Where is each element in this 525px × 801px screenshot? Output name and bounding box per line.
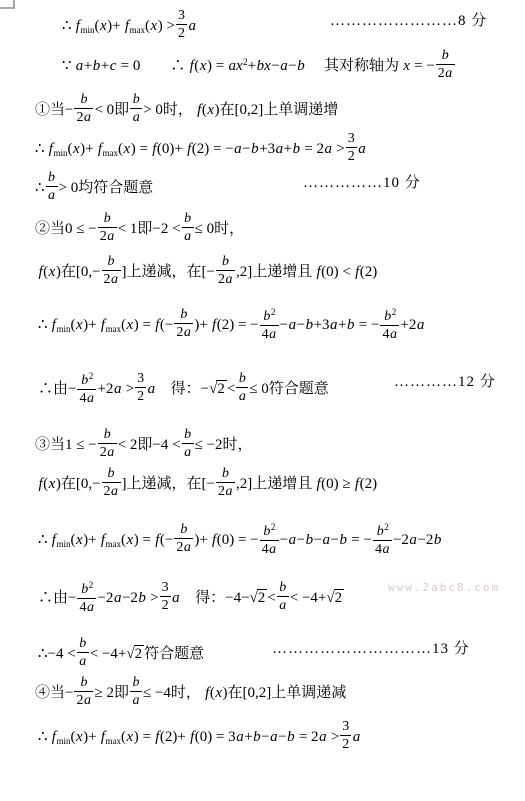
fraction: b2a [436, 48, 455, 81]
fraction: b24a [77, 578, 96, 615]
selection-corner-artifact [0, 0, 15, 9]
fraction: ba [236, 371, 248, 404]
math-line-12: ∴ fmin(x)+ fmax(x) = f(−b2a)+ f(0) = −b2… [38, 522, 442, 559]
fraction: b24a [77, 369, 96, 406]
math-line-3: ①当−b2a< 0即ba> 0时， f(x)在[0,2]上单调递增 [35, 94, 338, 127]
fraction: b2a [98, 427, 117, 460]
fraction: b24a [260, 520, 279, 557]
square-root: √2 [126, 646, 144, 662]
fraction: 32 [176, 8, 187, 41]
square-root: √2 [250, 590, 268, 606]
fraction: b2a [74, 675, 93, 708]
fraction: ba [182, 427, 194, 460]
math-line-9: ∴由−b24a+2a >32a 得：−√2<ba≤ 0符合题意…………12 分 [38, 371, 329, 408]
math-line-15: ④当−b2a≥ 2即ba≤ −4时， f(x)在[0,2]上单调递减 [35, 677, 346, 710]
math-line-16: ∴ fmin(x)+ fmax(x) = f(2)+ f(0) = 3a+b−a… [38, 721, 361, 754]
math-line-7: f(x)在[0,−b2a]上递减，在[−b2a,2]上递增且 f(0) < f(… [38, 256, 377, 289]
fraction: ba [46, 170, 58, 203]
document-page: www.2abc8.com ∴ fmin(x)+ fmax(x) >32a………… [0, 0, 525, 801]
fraction: b2a [216, 254, 235, 287]
fraction: b24a [373, 520, 392, 557]
score-marker: …………………………13 分 [272, 638, 470, 660]
math-line-10: ③当1 ≤ −b2a< 2即−4 <ba≤ −2时， [35, 429, 253, 462]
watermark: www.2abc8.com [388, 581, 500, 594]
fraction: b24a [380, 305, 399, 342]
fraction: ba [182, 211, 194, 244]
fraction: b24a [260, 305, 279, 342]
math-line-4: ∴ fmin(x)+ fmax(x) = f(0)+ f(2) = −a−b+3… [35, 133, 366, 166]
math-line-2: ∵ a+b+c = 0 ∴ f(x) = ax2+bx−a−b 其对称轴为 x … [62, 50, 456, 83]
fraction: ba [130, 92, 142, 125]
fraction: ba [277, 580, 289, 613]
math-line-6: ②当0 ≤ −b2a< 1即−2 <ba≤ 0时， [35, 213, 244, 246]
math-line-5: ∴ba> 0均符合题意……………10 分 [35, 172, 153, 205]
fraction: 32 [340, 719, 351, 752]
fraction: ba [77, 636, 89, 669]
fraction: ba [130, 675, 142, 708]
math-line-14: ∴−4 <ba< −4+√2符合题意…………………………13 分 [38, 638, 204, 671]
math-line-8: ∴ fmin(x)+ fmax(x) = f(−b2a)+ f(2) = −b2… [38, 307, 425, 344]
fraction: 32 [346, 131, 357, 164]
score-marker: ……………10 分 [303, 172, 421, 194]
fraction: b2a [98, 211, 117, 244]
fraction: b2a [174, 307, 193, 340]
math-line-13: ∴由−b24a−2a−2b >32a 得：−4−√2<ba< −4+√2 [38, 580, 344, 617]
math-line-11: f(x)在[0,−b2a]上递减，在[−b2a,2]上递增且 f(0) ≥ f(… [38, 468, 377, 501]
score-marker: …………12 分 [394, 371, 496, 393]
fraction: b2a [102, 466, 121, 499]
fraction: b2a [216, 466, 235, 499]
fraction: b2a [74, 92, 93, 125]
fraction: 32 [160, 580, 171, 613]
math-line-1: ∴ fmin(x)+ fmax(x) >32a……………………8 分 [62, 10, 196, 43]
square-root: √2 [209, 381, 227, 397]
fraction: b2a [102, 254, 121, 287]
fraction: 32 [135, 371, 146, 404]
score-marker: ……………………8 分 [330, 10, 487, 32]
square-root: √2 [326, 590, 344, 606]
fraction: b2a [174, 522, 193, 555]
